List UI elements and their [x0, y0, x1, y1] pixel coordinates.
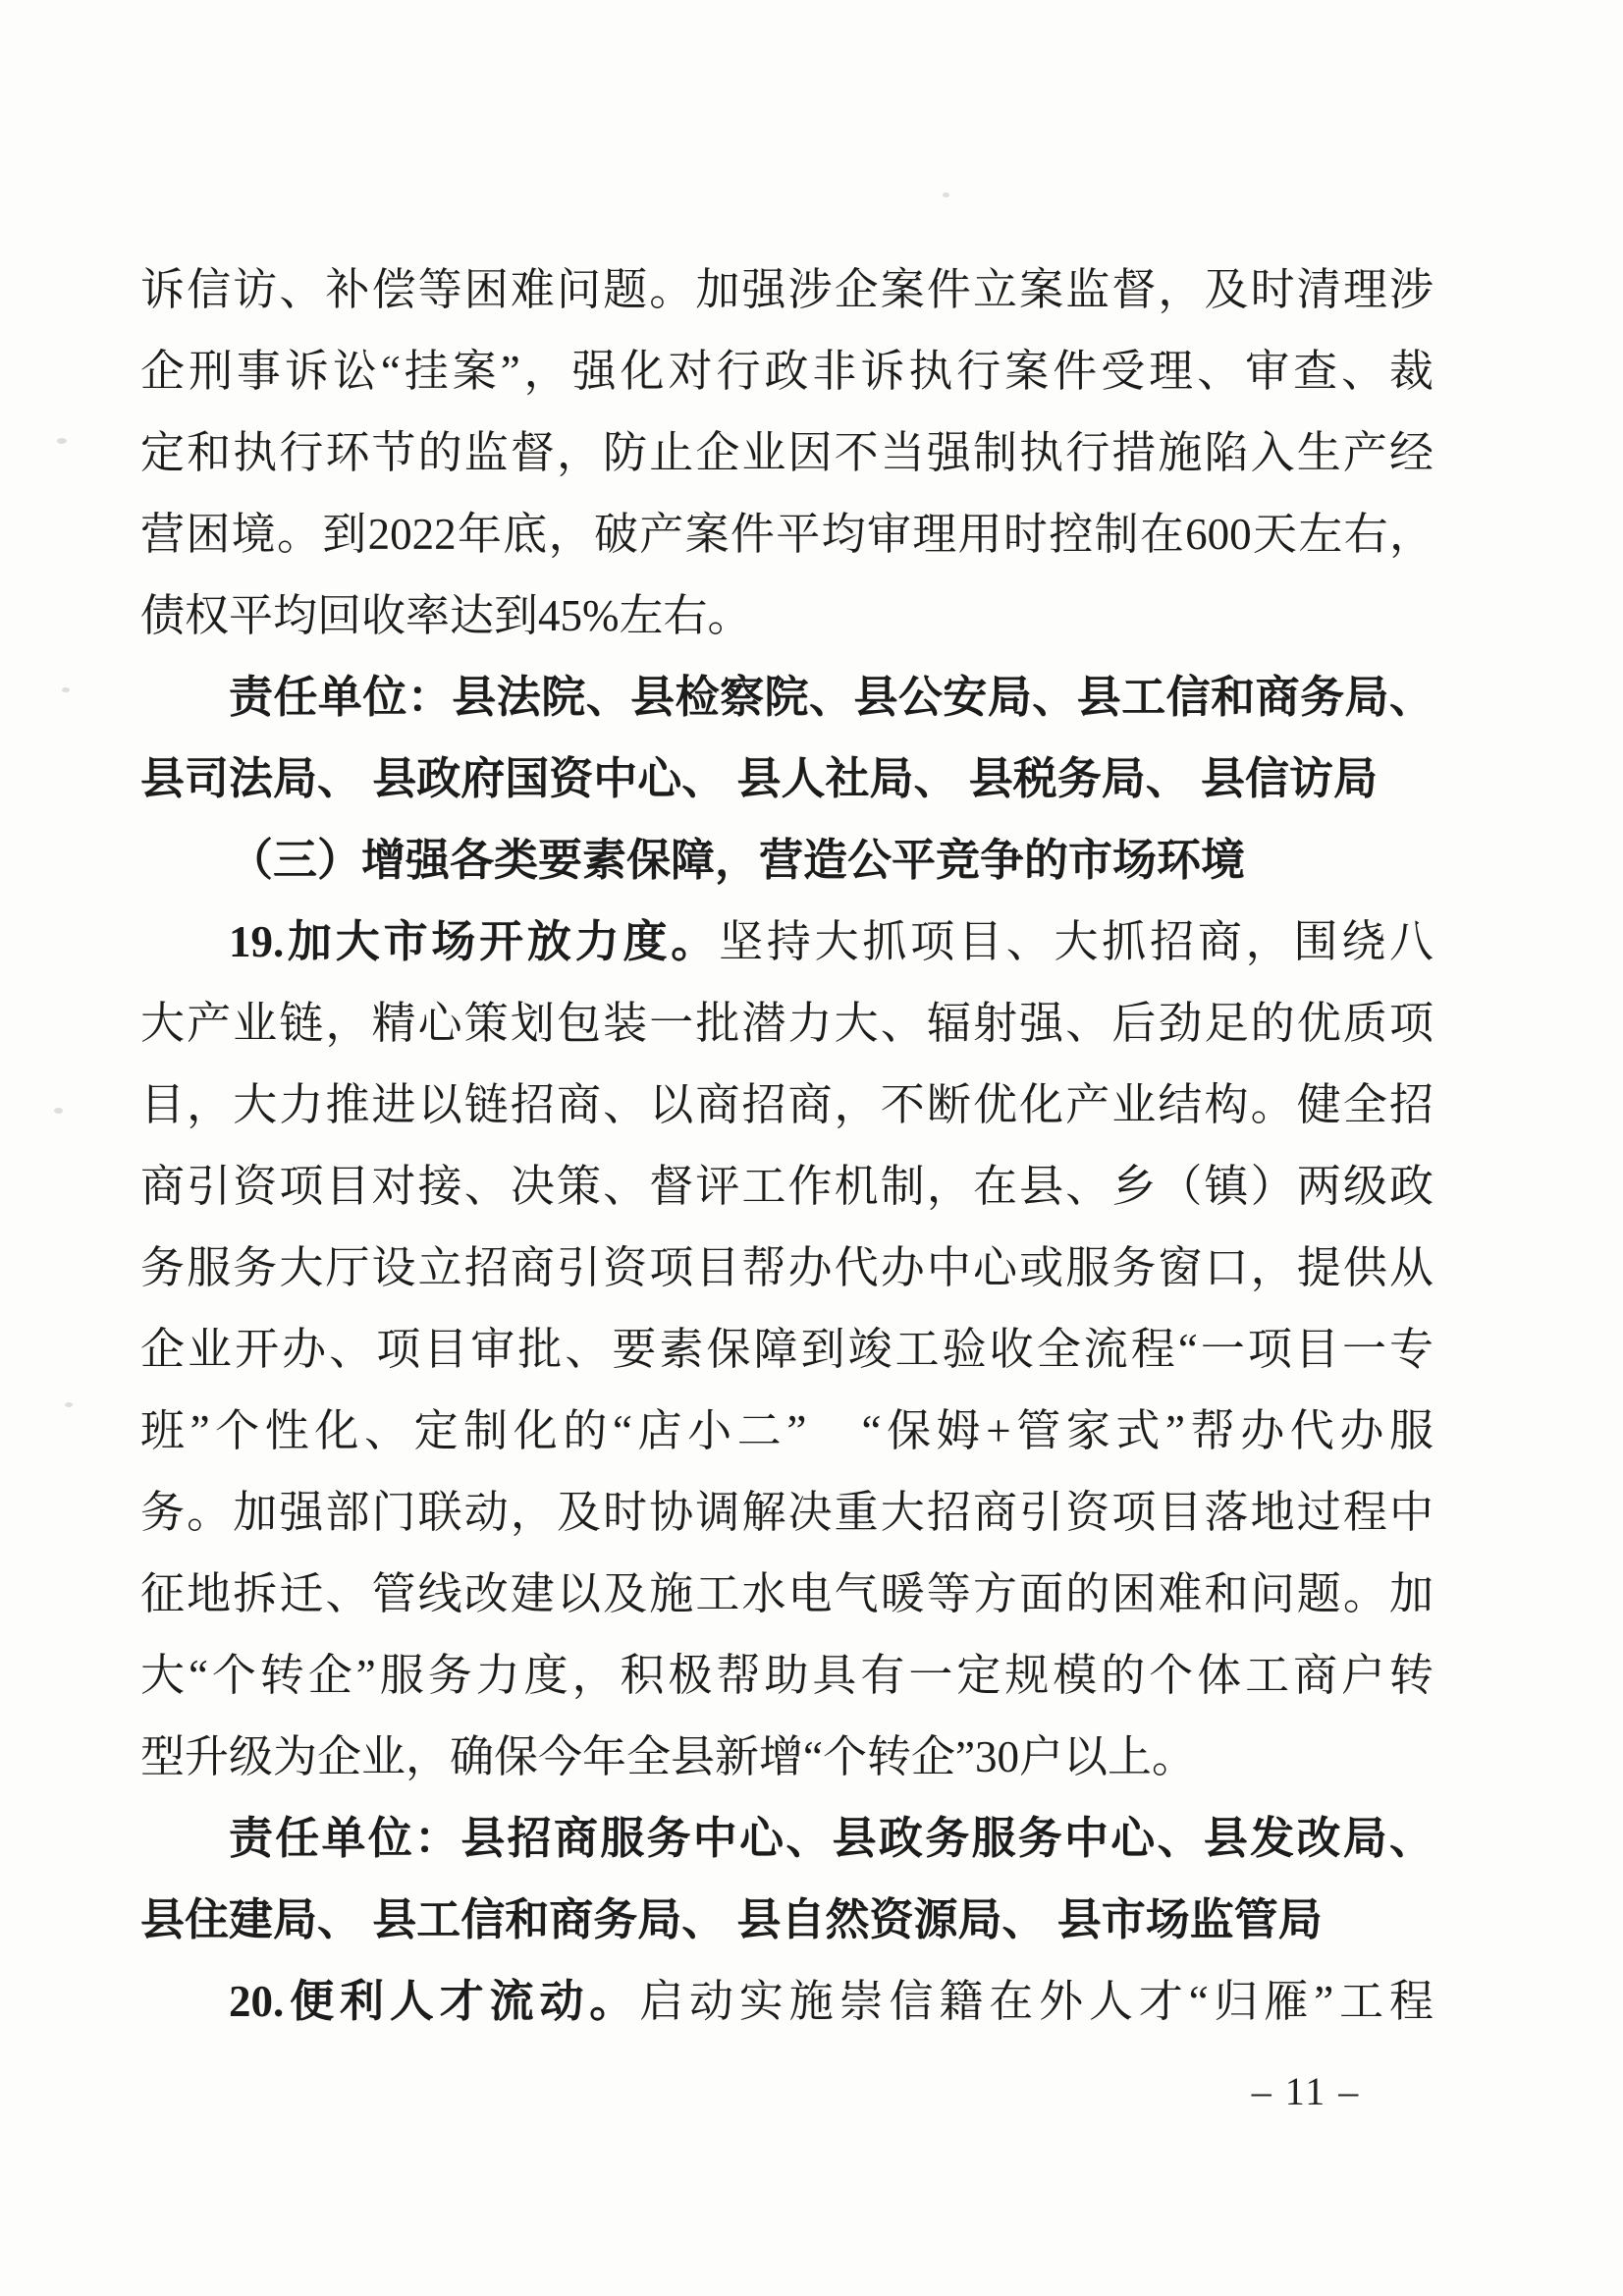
text-block: 诉信访、补偿等困难问题。加强涉企案件立案监督，及时清理涉企刑事诉讼“挂案”，强化… [140, 249, 1434, 2043]
text-line: 19.加大市场开放力度。坚持大抓项目、大抓招商，围绕八 [140, 902, 1434, 983]
bold-text-segment: 责任单位：县法院、县检察院、县公安局、县工信和商务局、 [229, 673, 1434, 722]
bold-text-segment: 20.便利人才流动。 [229, 1977, 639, 2026]
text-line: 班”个性化、定制化的“店小二” “保姆+管家式”帮办代办服 [140, 1391, 1434, 1472]
text-line: 务。加强部门联动，及时协调解决重大招商引资项目落地过程中 [140, 1472, 1434, 1554]
text-line: 企刑事诉讼“挂案”，强化对行政非诉执行案件受理、审查、裁 [140, 331, 1434, 412]
text-segment: 目，大力推进以链招商、以商招商，不断优化产业结构。健全招 [140, 1080, 1434, 1129]
text-segment: 启动实施崇信籍在外人才“归雁”工程 [639, 1977, 1434, 2026]
scan-artifact [57, 438, 67, 444]
text-segment: 型升级为企业，确保今年全县新增“个转企”30户以上。 [140, 1732, 1196, 1781]
page-number: – 11 – [1217, 2062, 1394, 2121]
text-line: 责任单位：县法院、县检察院、县公安局、县工信和商务局、 [140, 657, 1434, 738]
bold-text-segment: 责任单位：县招商服务中心、县政务服务中心、县发改局、 [229, 1814, 1434, 1863]
text-segment: 大产业链，精心策划包装一批潜力大、辐射强、后劲足的优质项 [140, 999, 1434, 1048]
text-line: 责任单位：县招商服务中心、县政务服务中心、县发改局、 [140, 1798, 1434, 1880]
text-segment: 诉信访、补偿等困难问题。加强涉企案件立案监督，及时清理涉 [140, 265, 1434, 314]
text-line: （三）增强各类要素保障，营造公平竞争的市场环境 [140, 820, 1434, 902]
document-page: 诉信访、补偿等困难问题。加强涉企案件立案监督，及时清理涉企刑事诉讼“挂案”，强化… [0, 0, 1623, 2296]
scan-artifact [943, 192, 949, 197]
text-segment: 商引资项目对接、决策、督评工作机制，在县、乡（镇）两级政 [140, 1162, 1434, 1211]
text-segment: 企刑事诉讼“挂案”，强化对行政非诉执行案件受理、审查、裁 [140, 347, 1434, 396]
scan-artifact [62, 687, 70, 692]
bold-text-segment: 19.加大市场开放力度。 [229, 917, 719, 966]
text-line: 型升级为企业，确保今年全县新增“个转企”30户以上。 [140, 1717, 1434, 1798]
scan-artifact [65, 1402, 73, 1407]
text-segment: 企业开办、项目审批、要素保障到竣工验收全流程“一项目一专 [140, 1325, 1434, 1374]
text-line: 务服务大厅设立招商引资项目帮办代办中心或服务窗口，提供从 [140, 1228, 1434, 1309]
text-line: 定和执行环节的监督，防止企业因不当强制执行措施陷入生产经 [140, 412, 1434, 494]
text-segment: 定和执行环节的监督，防止企业因不当强制执行措施陷入生产经 [140, 428, 1434, 477]
text-line: 征地拆迁、管线改建以及施工水电气暖等方面的困难和问题。加 [140, 1554, 1434, 1635]
text-line: 县住建局、 县工信和商务局、 县自然资源局、 县市场监管局 [140, 1880, 1434, 1961]
text-line: 大产业链，精心策划包装一批潜力大、辐射强、后劲足的优质项 [140, 983, 1434, 1065]
bold-text-segment: 县住建局、 县工信和商务局、 县自然资源局、 县市场监管局 [140, 1895, 1323, 1944]
text-segment: 营困境。到2022年底，破产案件平均审理用时控制在600天左右， [140, 510, 1434, 559]
text-segment: 债权平均回收率达到45%左右。 [140, 591, 752, 640]
text-line: 企业开办、项目审批、要素保障到竣工验收全流程“一项目一专 [140, 1309, 1434, 1391]
text-line: 诉信访、补偿等困难问题。加强涉企案件立案监督，及时清理涉 [140, 249, 1434, 331]
bold-text-segment: （三）增强各类要素保障，营造公平竞争的市场环境 [229, 836, 1245, 885]
bold-text-segment: 县司法局、 县政府国资中心、 县人社局、 县税务局、 县信访局 [140, 754, 1378, 803]
text-line: 大“个转企”服务力度，积极帮助具有一定规模的个体工商户转 [140, 1635, 1434, 1717]
text-line: 商引资项目对接、决策、督评工作机制，在县、乡（镇）两级政 [140, 1146, 1434, 1228]
text-line: 营困境。到2022年底，破产案件平均审理用时控制在600天左右， [140, 494, 1434, 575]
text-line: 债权平均回收率达到45%左右。 [140, 575, 1434, 657]
text-segment: 班”个性化、定制化的“店小二” “保姆+管家式”帮办代办服 [140, 1406, 1434, 1455]
text-segment: 务服务大厅设立招商引资项目帮办代办中心或服务窗口，提供从 [140, 1243, 1434, 1292]
text-segment: 坚持大抓项目、大抓招商，围绕八 [719, 917, 1434, 966]
text-line: 目，大力推进以链招商、以商招商，不断优化产业结构。健全招 [140, 1065, 1434, 1146]
text-line: 20.便利人才流动。启动实施崇信籍在外人才“归雁”工程 [140, 1961, 1434, 2043]
text-segment: 征地拆迁、管线改建以及施工水电气暖等方面的困难和问题。加 [140, 1569, 1434, 1618]
text-segment: 大“个转企”服务力度，积极帮助具有一定规模的个体工商户转 [140, 1651, 1434, 1700]
text-line: 县司法局、 县政府国资中心、 县人社局、 县税务局、 县信访局 [140, 738, 1434, 820]
text-segment: 务。加强部门联动，及时协调解决重大招商引资项目落地过程中 [140, 1488, 1434, 1537]
scan-artifact [54, 1108, 63, 1114]
